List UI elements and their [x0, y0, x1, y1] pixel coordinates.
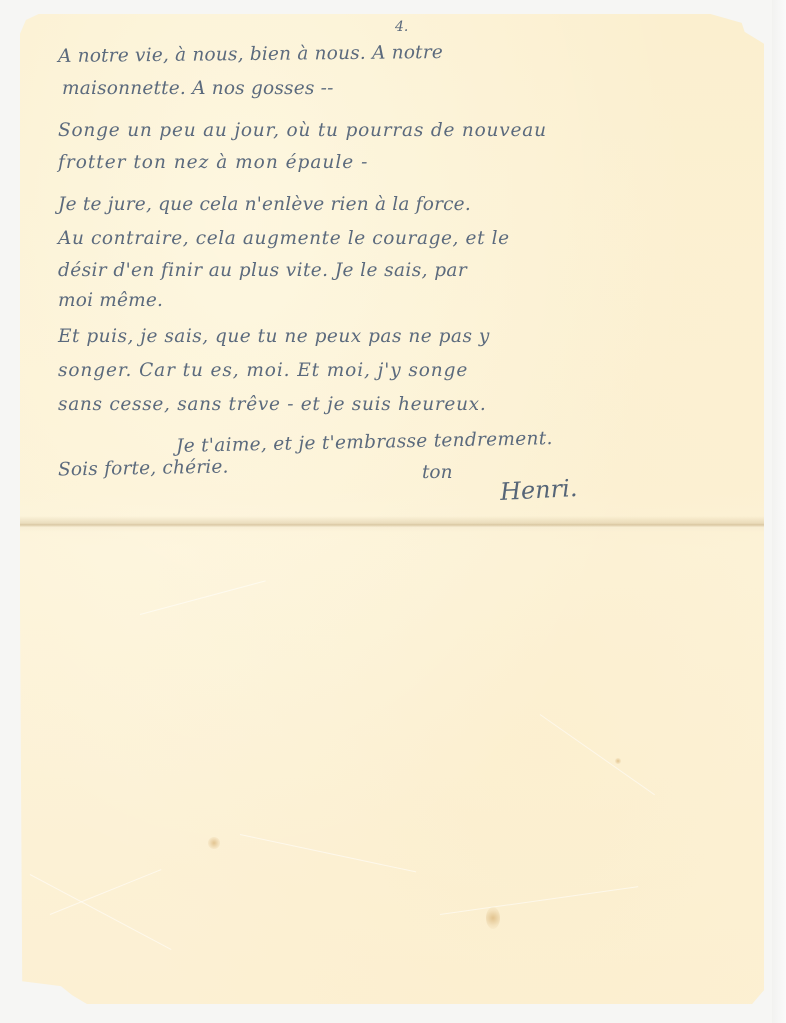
letter-line: moi même.	[58, 286, 163, 316]
foxing-stain	[486, 907, 500, 929]
page-number: 4.	[395, 19, 408, 35]
scan-background-edge	[772, 0, 786, 1023]
foxing-stain	[208, 837, 220, 849]
paper-wrinkle	[240, 834, 416, 872]
letter-line: Je te jure, que cela n'enlève rien à la …	[58, 190, 471, 220]
paper-fold-crease	[20, 516, 764, 532]
paper-wrinkle	[30, 874, 172, 950]
letter-line: Au contraire, cela augmente le courage, …	[58, 224, 510, 254]
letter-line: A notre vie, à nous, bien à nous. A notr…	[58, 38, 443, 72]
letter-closing: ton	[422, 462, 453, 483]
paper-wrinkle	[540, 714, 655, 795]
foxing-stain	[615, 758, 621, 764]
letter-line: maisonnette. A nos gosses --	[62, 74, 334, 104]
paper-wrinkle	[50, 869, 162, 915]
letter-line: désir d'en finir au plus vite. Je le sai…	[58, 256, 467, 286]
letter-line: sans cesse, sans trêve - et je suis heur…	[58, 390, 486, 420]
letter-line: Songe un peu au jour, où tu pourras de n…	[58, 116, 547, 146]
letter-line: songer. Car tu es, moi. Et moi, j'y song…	[58, 356, 468, 386]
paper-wrinkle	[440, 886, 638, 915]
letter-line: Et puis, je sais, que tu ne peux pas ne …	[58, 322, 490, 352]
paper-wrinkle	[140, 580, 266, 615]
letter-line: frotter ton nez à mon épaule -	[58, 148, 368, 178]
letter-line: Sois forte, chérie.	[58, 453, 229, 486]
letter-signature: Henri.	[499, 474, 578, 506]
